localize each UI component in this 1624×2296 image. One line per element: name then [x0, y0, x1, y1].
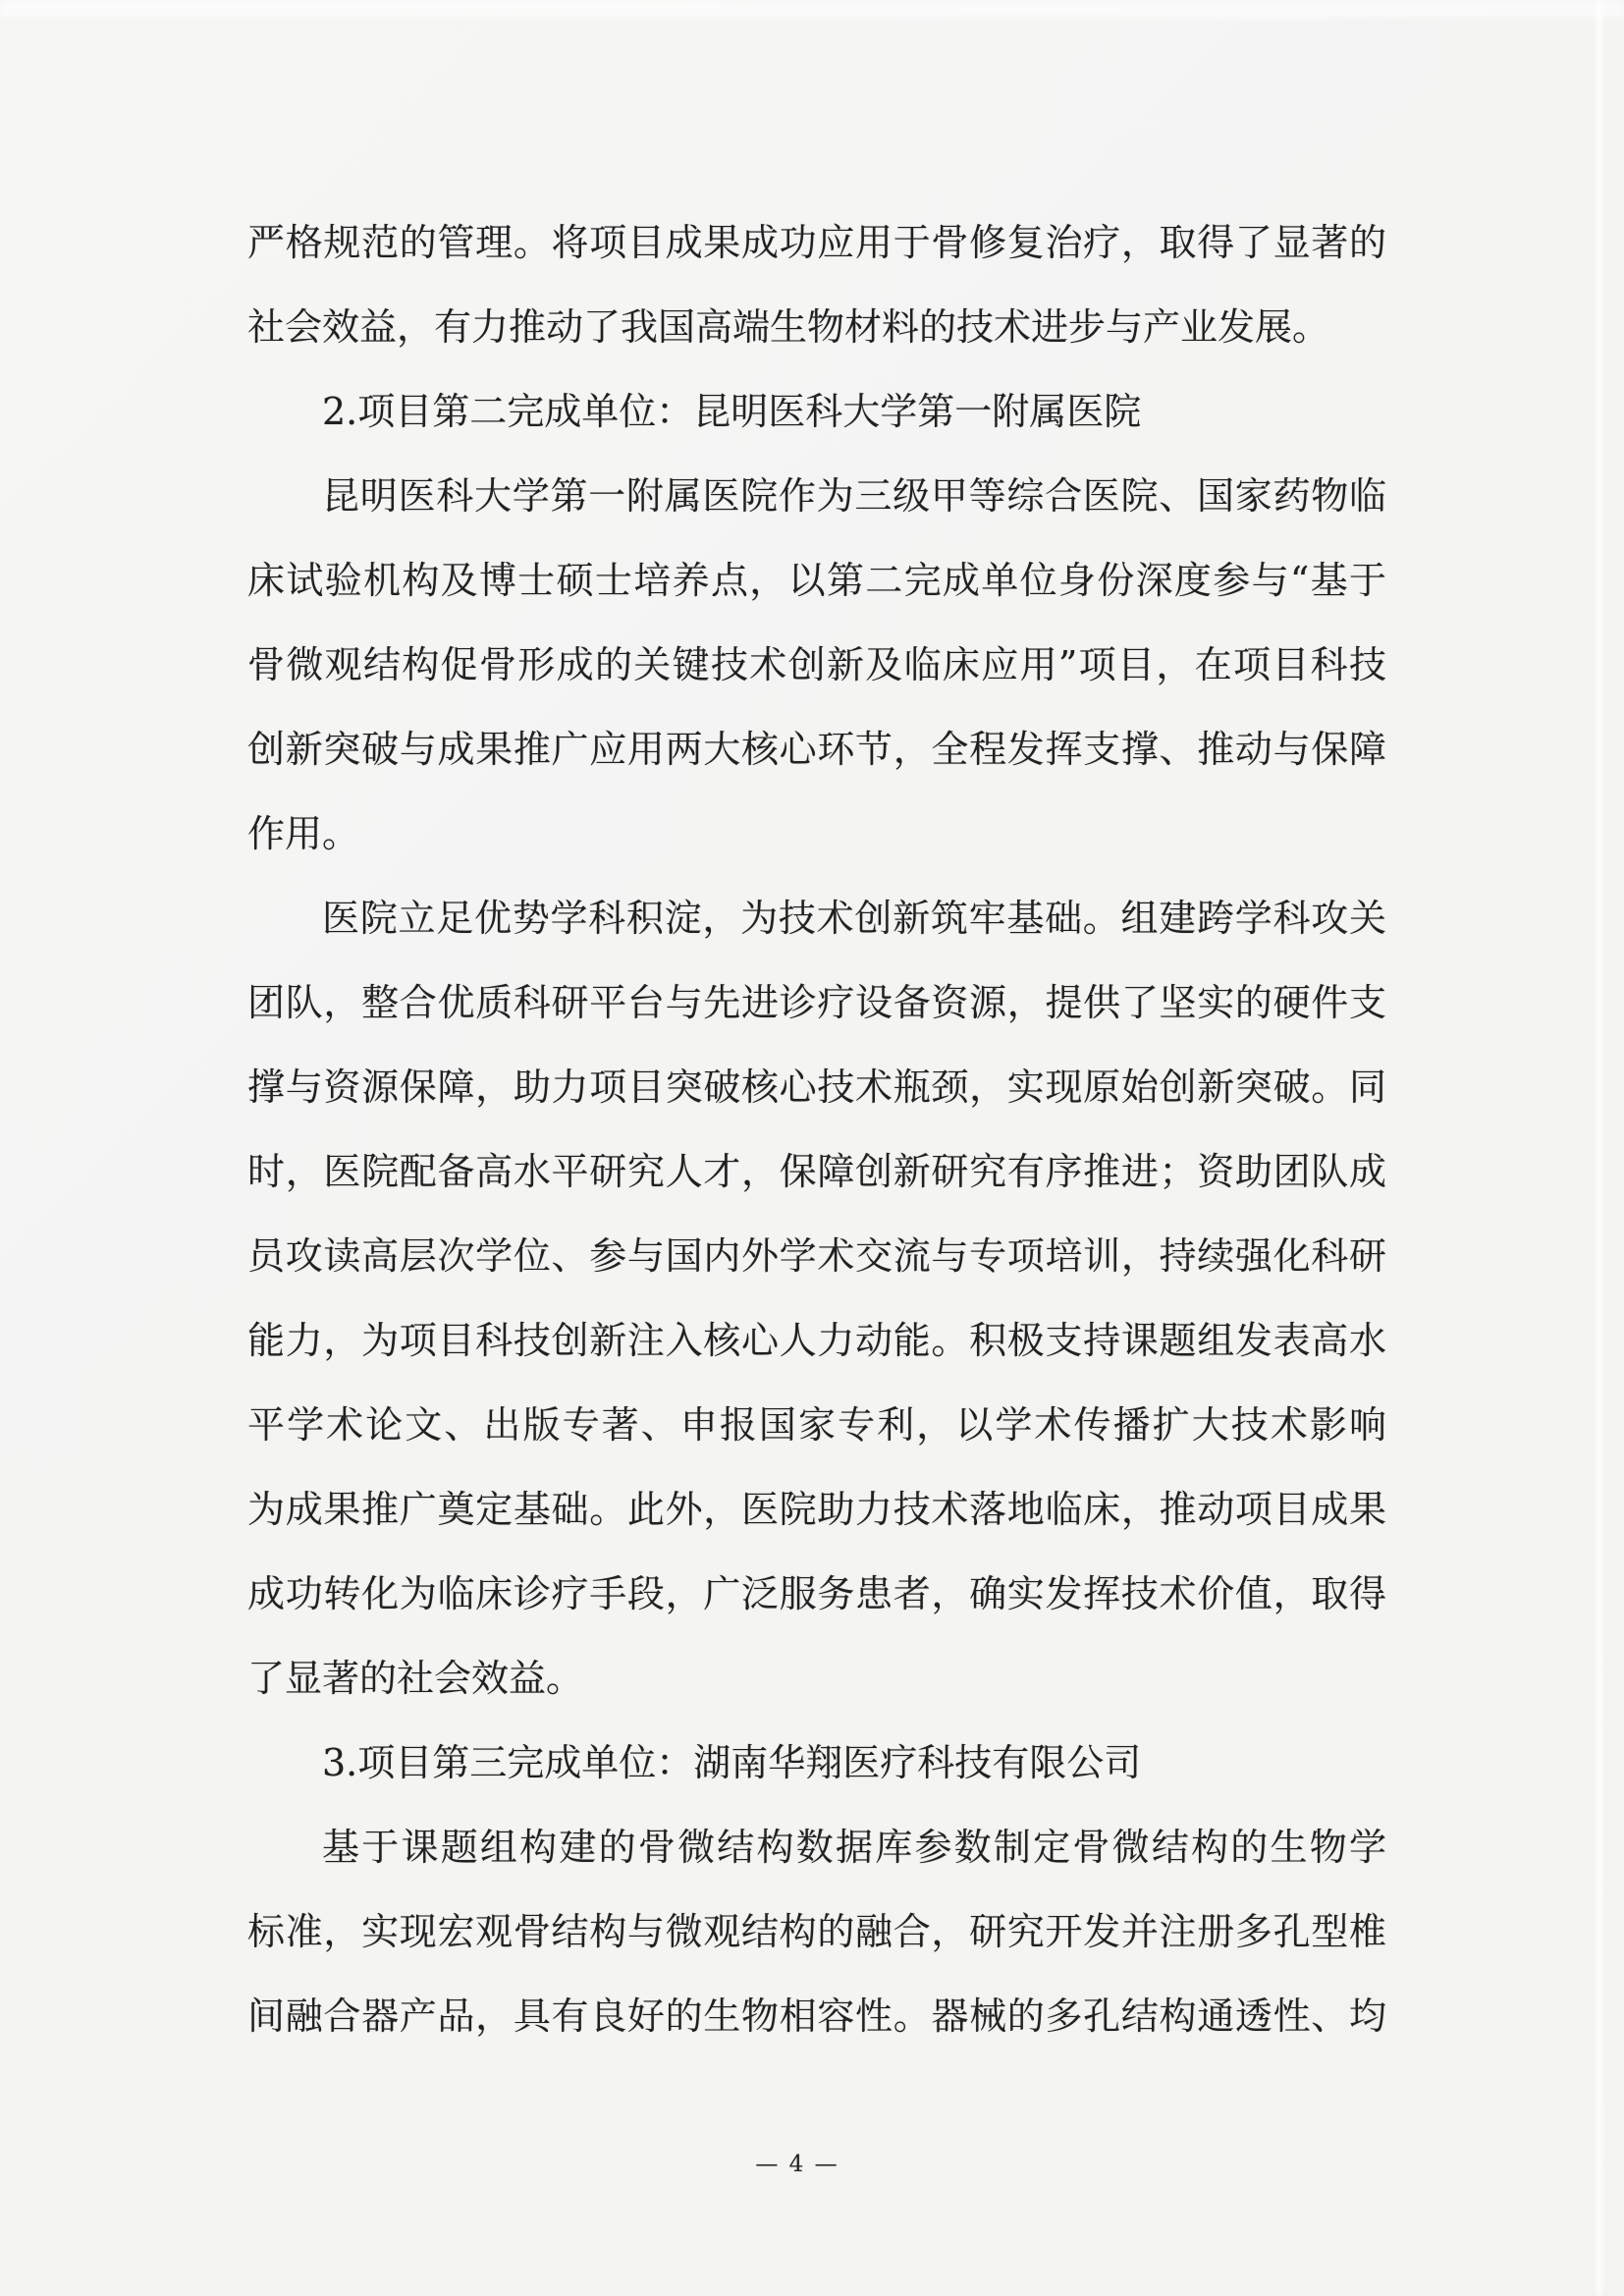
text-line: 成功转化为临床诊疗手段，广泛服务患者，确实发挥技术价值，取得 [247, 1552, 1386, 1636]
document-page: 严格规范的管理。将项目成果成功应用于骨修复治疗，取得了显著的社会效益，有力推动了… [0, 0, 1624, 2296]
text-line: 社会效益，有力推动了我国高端生物材料的技术进步与产业发展。 [247, 285, 1386, 369]
text-line: 基于课题组构建的骨微结构数据库参数制定骨微结构的生物学 [247, 1805, 1386, 1889]
text-line: 员攻读高层次学位、参与国内外学术交流与专项培训，持续强化科研 [247, 1214, 1386, 1298]
text-line: 撑与资源保障，助力项目突破核心技术瓶颈，实现原始创新突破。同 [247, 1045, 1386, 1129]
page-number: — 4 — [0, 2145, 1595, 2184]
text-line: 床试验机构及博士硕士培养点，以第二完成单位身份深度参与“基于 [247, 538, 1386, 623]
text-line: 能力，为项目科技创新注入核心人力动能。积极支持课题组发表高水 [247, 1298, 1386, 1383]
text-line: 平学术论文、出版专著、申报国家专利，以学术传播扩大技术影响力， [247, 1383, 1386, 1467]
text-line: 作用。 [247, 792, 1386, 876]
scan-light-band-artifact [0, 0, 1624, 18]
scan-edge-artifact [1597, 0, 1602, 2296]
text-line: 2.项目第二完成单位：昆明医科大学第一附属医院 [247, 369, 1386, 454]
text-line: 了显著的社会效益。 [247, 1636, 1386, 1721]
text-line: 创新突破与成果推广应用两大核心环节，全程发挥支撑、推动与保障 [247, 707, 1386, 792]
text-line: 间融合器产品，具有良好的生物相容性。器械的多孔结构通透性、均 [247, 1974, 1386, 2058]
text-line: 为成果推广奠定基础。此外，医院助力技术落地临床，推动项目成果 [247, 1467, 1386, 1552]
text-line: 时，医院配备高水平研究人才，保障创新研究有序推进；资助团队成 [247, 1129, 1386, 1214]
text-line: 昆明医科大学第一附属医院作为三级甲等综合医院、国家药物临 [247, 454, 1386, 538]
text-line: 严格规范的管理。将项目成果成功应用于骨修复治疗，取得了显著的 [247, 200, 1386, 285]
text-line: 标准，实现宏观骨结构与微观结构的融合，研究开发并注册多孔型椎 [247, 1889, 1386, 1974]
text-line: 医院立足优势学科积淀，为技术创新筑牢基础。组建跨学科攻关 [247, 876, 1386, 960]
text-line: 3.项目第三完成单位：湖南华翔医疗科技有限公司 [247, 1721, 1386, 1805]
text-line: 骨微观结构促骨形成的关键技术创新及临床应用”项目，在项目科技 [247, 623, 1386, 707]
text-line: 团队，整合优质科研平台与先进诊疗设备资源，提供了坚实的硬件支 [247, 960, 1386, 1045]
document-text-block: 严格规范的管理。将项目成果成功应用于骨修复治疗，取得了显著的社会效益，有力推动了… [247, 200, 1386, 2058]
